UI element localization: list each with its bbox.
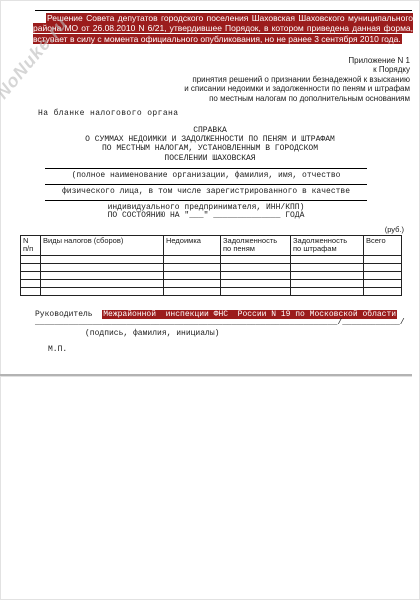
table-header-cell: Задолженность по штрафам bbox=[291, 236, 364, 256]
table-cell-empty bbox=[41, 287, 164, 295]
fill-in-rule bbox=[45, 168, 367, 169]
table-cell-empty bbox=[291, 271, 364, 279]
table-cell-empty bbox=[21, 255, 41, 263]
title-line: ПО МЕСТНЫМ НАЛОГАМ, УСТАНОВЛЕННЫМ В ГОРО… bbox=[2, 144, 418, 153]
table-cell-empty bbox=[21, 263, 41, 271]
appendix-line: по местным налогам по дополнительным осн… bbox=[0, 94, 410, 103]
table-header-cell: Задолженность по пеням bbox=[221, 236, 291, 256]
document-page: NoNuke.ru Решение Совета депутатов город… bbox=[0, 0, 420, 600]
table-row bbox=[21, 271, 402, 279]
table-cell-empty bbox=[221, 263, 291, 271]
table-cell-empty bbox=[291, 263, 364, 271]
table-cell-empty bbox=[221, 255, 291, 263]
table-cell-empty bbox=[291, 287, 364, 295]
table-row bbox=[21, 263, 402, 271]
table-cell-empty bbox=[364, 263, 402, 271]
table-cell-empty bbox=[21, 287, 41, 295]
stamp-mark: М.П. bbox=[48, 345, 67, 354]
appendix-line: принятия решений о признании безнадежной… bbox=[0, 75, 410, 84]
fill-in-rule bbox=[45, 200, 367, 201]
table-cell-empty bbox=[21, 271, 41, 279]
fill-in-rule bbox=[45, 184, 367, 185]
appendix-line: и списании недоимки и задолженности по п… bbox=[0, 84, 410, 93]
table-cell-empty bbox=[164, 255, 221, 263]
table-cell-empty bbox=[364, 271, 402, 279]
table-cell-empty bbox=[291, 255, 364, 263]
table-cell-empty bbox=[164, 271, 221, 279]
signature-caption: (подпись, фамилия, инициалы) bbox=[85, 329, 219, 338]
table-header-cell: Недоимка bbox=[164, 236, 221, 256]
fill-in-caption: физического лица, в том числе зарегистри… bbox=[25, 187, 387, 196]
table-cell-empty bbox=[221, 279, 291, 287]
table-cell-empty bbox=[364, 287, 402, 295]
table-cell-empty bbox=[41, 271, 164, 279]
table-cell-empty bbox=[364, 255, 402, 263]
title-line: СПРАВКА bbox=[2, 126, 418, 135]
signature-fill-line: ________________________________________… bbox=[35, 318, 405, 327]
page-separator bbox=[0, 374, 412, 377]
appendix-block: Приложение N 1 к Порядку принятия решени… bbox=[0, 56, 410, 103]
table-cell-empty bbox=[41, 255, 164, 263]
table-cell-empty bbox=[291, 279, 364, 287]
table-cell-empty bbox=[41, 279, 164, 287]
table-cell-empty bbox=[221, 287, 291, 295]
table-header-cell: N п/п bbox=[21, 236, 41, 256]
note-top-rule bbox=[35, 10, 412, 11]
table-row bbox=[21, 255, 402, 263]
as-of-date-line: ПО СОСТОЯНИЮ НА "___" ______________ ГОД… bbox=[25, 211, 387, 220]
appendix-line: к Порядку bbox=[0, 65, 410, 74]
arrears-table: N п/п Виды налогов (сборов) Недоимка Зад… bbox=[20, 235, 402, 296]
table-row bbox=[21, 279, 402, 287]
title-line: О СУММАХ НЕДОИМКИ И ЗАДОЛЖЕННОСТИ ПО ПЕН… bbox=[2, 135, 418, 144]
consultant-note: Решение Совета депутатов городского посе… bbox=[33, 13, 413, 44]
title-line: ПОСЕЛЕНИИ ШАХОВСКАЯ bbox=[2, 154, 418, 163]
fill-in-caption: (полное наименование организации, фамили… bbox=[25, 171, 387, 180]
table-cell-empty bbox=[164, 287, 221, 295]
table-cell-empty bbox=[41, 263, 164, 271]
currency-note: (руб.) bbox=[0, 225, 404, 234]
table-header-cell: Всего bbox=[364, 236, 402, 256]
table-cell-empty bbox=[164, 279, 221, 287]
table-row bbox=[21, 287, 402, 295]
table-cell-empty bbox=[21, 279, 41, 287]
note-highlighted-text: Решение Совета депутатов городского посе… bbox=[33, 13, 413, 44]
table-cell-empty bbox=[164, 263, 221, 271]
appendix-line: Приложение N 1 bbox=[0, 56, 410, 65]
table-cell-empty bbox=[364, 279, 402, 287]
table-cell-empty bbox=[221, 271, 291, 279]
document-title: СПРАВКА О СУММАХ НЕДОИМКИ И ЗАДОЛЖЕННОСТ… bbox=[2, 126, 418, 163]
table-header-cell: Виды налогов (сборов) bbox=[41, 236, 164, 256]
letterhead-note: На бланке налогового органа bbox=[38, 109, 178, 118]
table-header-row: N п/п Виды налогов (сборов) Недоимка Зад… bbox=[21, 236, 402, 256]
